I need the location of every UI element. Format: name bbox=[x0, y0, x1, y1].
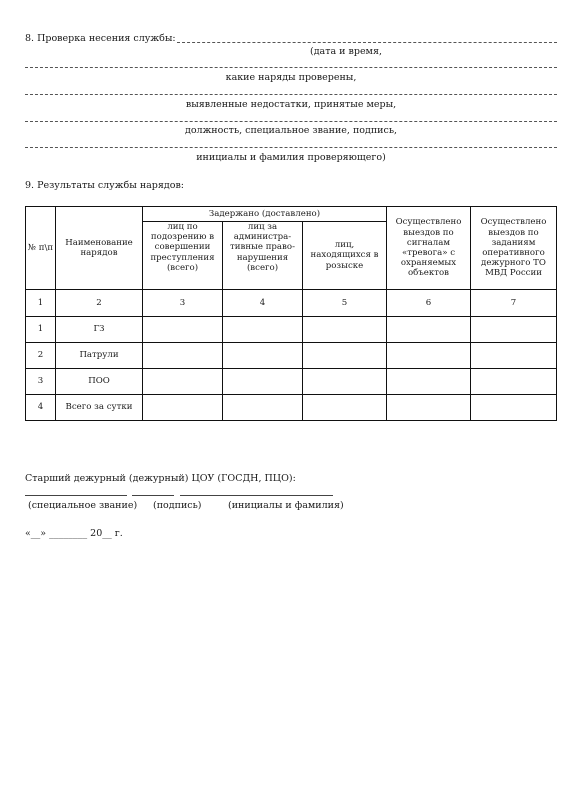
colnum-7: 7 bbox=[471, 290, 557, 317]
cell-suspects[interactable] bbox=[143, 395, 223, 421]
caption-date-time: (дата и время, bbox=[310, 46, 382, 57]
row-name: Всего за сутки bbox=[56, 395, 143, 421]
cell-duty[interactable] bbox=[471, 369, 557, 395]
colnum-1: 1 bbox=[26, 290, 56, 317]
cell-alarm[interactable] bbox=[387, 343, 471, 369]
section-9-title: 9. Результаты службы нарядов: bbox=[25, 180, 184, 191]
signature-input-line[interactable] bbox=[132, 495, 174, 496]
cell-duty[interactable] bbox=[471, 395, 557, 421]
inspection-line-5[interactable] bbox=[25, 147, 557, 148]
inspection-input-line[interactable] bbox=[177, 42, 557, 43]
row-name: Патрули bbox=[56, 343, 143, 369]
signature-title: Старший дежурный (дежурный) ЦОУ (ГОСДН, … bbox=[25, 473, 296, 484]
colnum-3: 3 bbox=[143, 290, 223, 317]
caption-shortcomings: выявленные недостатки, принятые меры, bbox=[25, 99, 557, 110]
cell-admin[interactable] bbox=[223, 317, 303, 343]
colnum-2: 2 bbox=[56, 290, 143, 317]
cell-alarm[interactable] bbox=[387, 317, 471, 343]
rank-input-line[interactable] bbox=[25, 495, 127, 496]
header-duty-trips: Осуществлено выездов по заданиям операти… bbox=[471, 207, 557, 290]
cell-suspects[interactable] bbox=[143, 369, 223, 395]
colnum-5: 5 bbox=[303, 290, 387, 317]
cell-duty[interactable] bbox=[471, 317, 557, 343]
header-suspects: лиц по подозрению в совершении преступле… bbox=[143, 222, 223, 290]
section-8-title: 8. Проверка несения службы: bbox=[25, 33, 176, 44]
row-num: 2 bbox=[26, 343, 56, 369]
section-8-label: 8. Проверка несения службы: bbox=[25, 33, 176, 44]
cell-admin[interactable] bbox=[223, 395, 303, 421]
header-admin-offenses: лиц за администра-тивные право-нарушения… bbox=[223, 222, 303, 290]
cell-suspects[interactable] bbox=[143, 343, 223, 369]
cell-wanted[interactable] bbox=[303, 343, 387, 369]
inspection-line-2[interactable] bbox=[25, 67, 557, 68]
name-input-line[interactable] bbox=[180, 495, 333, 496]
caption-checked-units: какие наряды проверены, bbox=[25, 72, 557, 83]
column-numbers-row: 1 2 3 4 5 6 7 bbox=[26, 290, 557, 317]
caption-initials: (инициалы и фамилия) bbox=[228, 500, 344, 511]
cell-admin[interactable] bbox=[223, 343, 303, 369]
caption-signature: (подпись) bbox=[153, 500, 201, 511]
colnum-6: 6 bbox=[387, 290, 471, 317]
cell-wanted[interactable] bbox=[303, 369, 387, 395]
cell-wanted[interactable] bbox=[303, 317, 387, 343]
cell-admin[interactable] bbox=[223, 369, 303, 395]
cell-alarm[interactable] bbox=[387, 369, 471, 395]
date-line[interactable]: «__» ________ 20__ г. bbox=[25, 528, 123, 539]
header-alarm-trips: Осуществлено выездов по сигналам «тревог… bbox=[387, 207, 471, 290]
caption-rank: (специальное звание) bbox=[28, 500, 137, 511]
table-row: 3 ПОО bbox=[26, 369, 557, 395]
cell-suspects[interactable] bbox=[143, 317, 223, 343]
cell-alarm[interactable] bbox=[387, 395, 471, 421]
row-name: ГЗ bbox=[56, 317, 143, 343]
cell-duty[interactable] bbox=[471, 343, 557, 369]
row-num: 3 bbox=[26, 369, 56, 395]
table-row: 1 ГЗ bbox=[26, 317, 557, 343]
cell-wanted[interactable] bbox=[303, 395, 387, 421]
row-num: 4 bbox=[26, 395, 56, 421]
header-num: № п\п bbox=[26, 207, 56, 290]
caption-position-rank: должность, специальное звание, подпись, bbox=[25, 125, 557, 136]
results-table: № п\п Наименование нарядов Задержано (до… bbox=[25, 206, 557, 421]
colnum-4: 4 bbox=[223, 290, 303, 317]
caption-inspector-name: инициалы и фамилия проверяющего) bbox=[25, 152, 557, 163]
header-wanted: лиц, находящихся в розыске bbox=[303, 222, 387, 290]
table-row: 2 Патрули bbox=[26, 343, 557, 369]
row-name: ПОО bbox=[56, 369, 143, 395]
inspection-line-4[interactable] bbox=[25, 121, 557, 122]
header-name: Наименование нарядов bbox=[56, 207, 143, 290]
header-detained: Задержано (доставлено) bbox=[143, 207, 387, 222]
table-row: 4 Всего за сутки bbox=[26, 395, 557, 421]
row-num: 1 bbox=[26, 317, 56, 343]
inspection-line-3[interactable] bbox=[25, 94, 557, 95]
